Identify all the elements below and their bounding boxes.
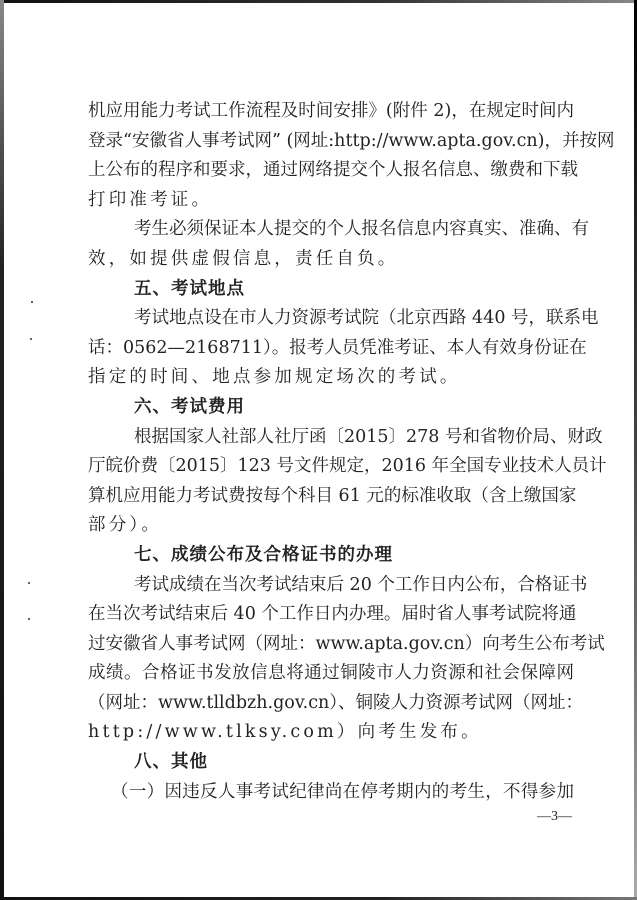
body-line: 机应用能力考试工作流程及时间安排》(附件 2)，在规定时间内 (88, 97, 574, 127)
body-line: 在当次考试结束后 40 个工作日内办理。届时省人事考试院将通 (88, 600, 574, 630)
scan-border-top (0, 0, 637, 3)
paragraph-start: 根据国家人社部人社厅函〔2015〕278 号和省物价局、财政 (88, 423, 574, 453)
section-heading-exam-location: 五、考试地点 (88, 275, 574, 305)
binding-hole-mark (28, 582, 30, 584)
body-line: 上公布的程序和要求，通过网络提交个人报名信息、缴费和下载 (88, 156, 574, 186)
body-line: 指定的时间、地点参加规定场次的考试。 (88, 363, 574, 393)
body-line: http://www.tlksy.com）向考生发布。 (88, 718, 574, 748)
body-line: 算机应用能力考试费按每个科目 61 元的标准收取（含上缴国家 (88, 482, 574, 512)
paragraph-start: 考试地点设在市人力资源考试院（北京西路 440 号，联系电 (88, 304, 574, 334)
binding-hole-mark (28, 618, 30, 620)
scan-border-left (0, 0, 4, 900)
paragraph-start: （一）因违反人事考试纪律尚在停考期内的考生，不得参加 (88, 778, 574, 808)
body-line: 话：0562—2168711）。报考人员凭准考证、本人有效身份证在 (88, 334, 574, 364)
body-line: （网址：www.tlldbzh.gov.cn）、铜陵人力资源考试网（网址： (88, 689, 574, 719)
document-body: 机应用能力考试工作流程及时间安排》(附件 2)，在规定时间内 登录“安徽省人事考… (88, 97, 574, 807)
page-number: —3— (537, 809, 572, 825)
body-line: 成绩。合格证书发放信息将通过铜陵市人力资源和社会保障网 (88, 659, 574, 689)
paragraph-start: 考生必须保证本人提交的个人报名信息内容真实、准确、有 (88, 215, 574, 245)
body-line: 部分）。 (88, 511, 574, 541)
binding-hole-mark (30, 338, 32, 340)
body-line: 效，如提供虚假信息，责任自负。 (88, 245, 574, 275)
binding-hole-mark (31, 301, 33, 303)
body-line: 过安徽省人事考试网（网址：www.apta.gov.cn）向考生公布考试 (88, 630, 574, 660)
section-heading-other: 八、其他 (88, 748, 574, 778)
body-line: 打印准考证。 (88, 186, 574, 216)
body-line: 厅皖价费〔2015〕123 号文件规定，2016 年全国专业技术人员计 (88, 452, 574, 482)
section-heading-exam-fees: 六、考试费用 (88, 393, 574, 423)
section-heading-results-certificates: 七、成绩公布及合格证书的办理 (88, 541, 574, 571)
paragraph-start: 考试成绩在当次考试结束后 20 个工作日内公布，合格证书 (88, 571, 574, 601)
body-line: 登录“安徽省人事考试网” (网址:http://www.apta.gov.cn)… (88, 127, 574, 157)
